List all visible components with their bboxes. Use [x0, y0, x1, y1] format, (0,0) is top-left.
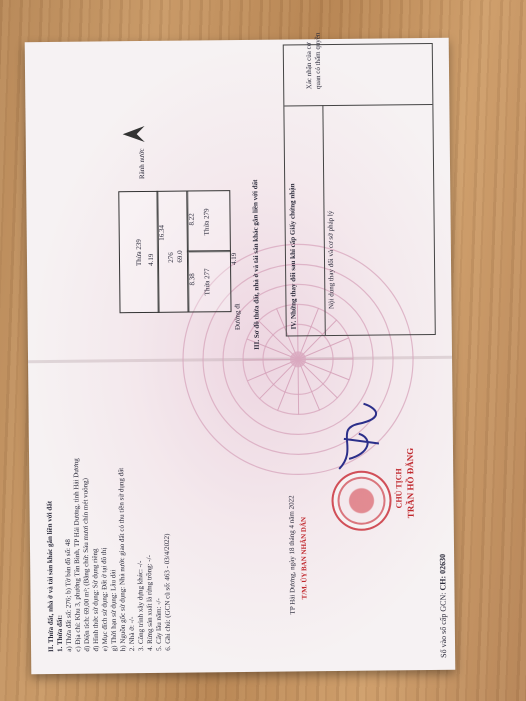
section-iv-title: IV. Những thay đổi sau khi cấp Giấy chứn…: [288, 183, 299, 329]
section-iii-title: III. Sơ đồ thửa đất, nhà ở và tài sản kh…: [251, 180, 262, 350]
dim-right-bottom: 8.38: [188, 273, 197, 285]
land-heading: 1. Thửa đất:: [56, 615, 64, 652]
dim-bottom: 4.19: [230, 253, 239, 265]
dim-right-top: 8.22: [188, 213, 197, 225]
section-ii: II. Thửa đất, nhà ở và tài sản khác gắn …: [45, 457, 173, 652]
item-line: 6. Ghi chú: (GCN cũ số: 463 - 03/4/2022): [162, 457, 173, 651]
label-lot-area: 69.0: [176, 250, 185, 262]
official-red-stamp-icon: [331, 470, 392, 531]
land-certificate-page: II. Thửa đất, nhà ở và tài sản khác gắn …: [25, 38, 456, 674]
label-lot-number: 276: [167, 252, 176, 263]
north-arrow-icon: [121, 121, 147, 147]
label-lot-239: Thửa 239: [135, 239, 144, 266]
registry-number: Số vào sổ cấp GCN: CH: 02630: [438, 554, 448, 658]
section-iv-col1: Nội dung thay đổi và cơ sở pháp lý: [326, 211, 336, 309]
label-road: Đường đi: [233, 303, 242, 330]
org-line: T/M. ỦY BAN NHÂN DÂN: [300, 517, 310, 599]
place-date: TP Hải Dương, ngày 18 tháng 4 năm 2022: [287, 495, 297, 614]
label-lot-279: Thửa 279: [202, 208, 211, 235]
label-lot-277: Thửa 277: [203, 268, 212, 295]
registry-value: CH: 02630: [438, 554, 447, 591]
dim-top: 4.19: [147, 254, 156, 266]
dim-left: 16.34: [158, 225, 167, 241]
label-top-drain: Rãnh nước: [138, 148, 147, 179]
section-iv-col2: Xác nhận của cơ quan có thẩm quyền: [305, 29, 324, 89]
section-iv-column-divider: [322, 105, 325, 335]
signature-icon: [328, 398, 389, 479]
section-ii-title: II. Thửa đất, nhà ở và tài sản khác gắn …: [46, 501, 56, 652]
signer-name: TRẦN HỒ ĐĂNG: [406, 448, 416, 519]
registry-label: Số vào sổ cấp GCN:: [438, 593, 448, 658]
signer-title: CHỦ TỊCH: [394, 468, 403, 508]
